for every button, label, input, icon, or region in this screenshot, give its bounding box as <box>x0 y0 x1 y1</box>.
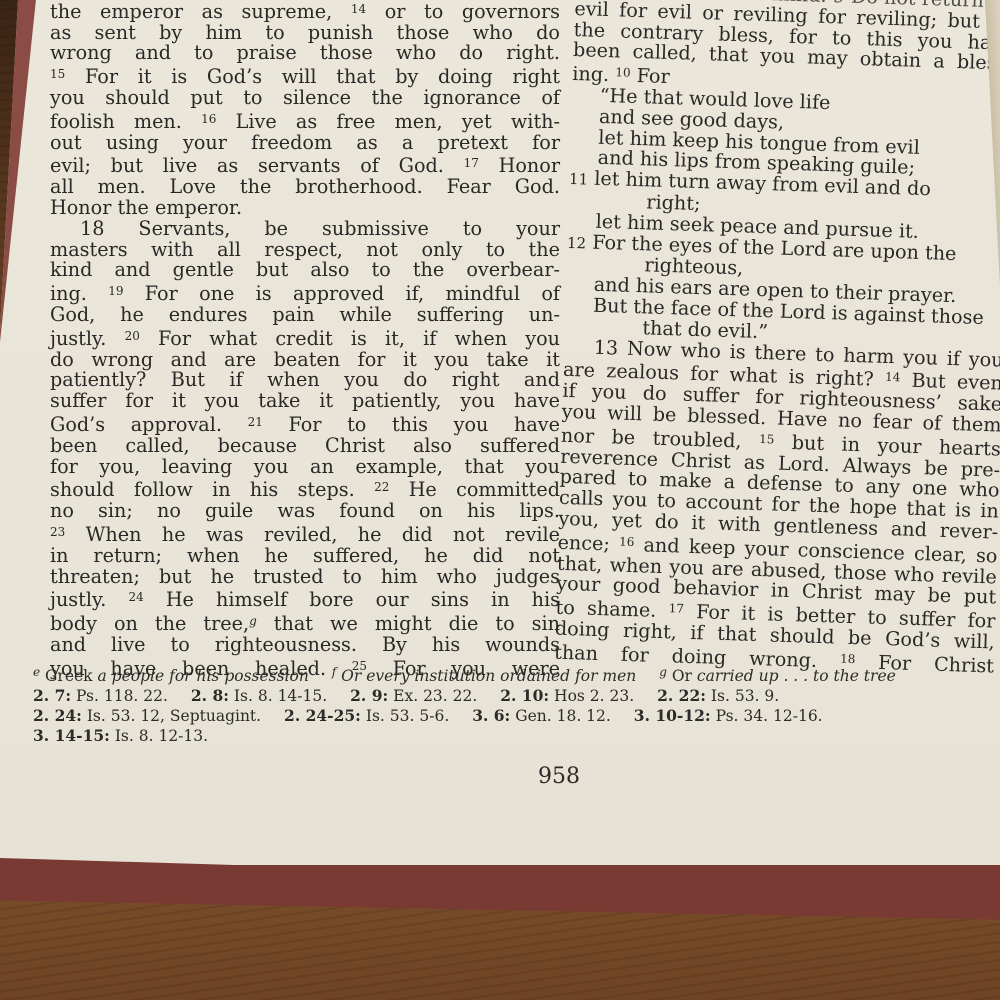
verse-number: 11 <box>569 170 589 189</box>
text-line: 23 When he was reviled, he did not revil… <box>50 522 560 546</box>
verse-number: 15 <box>50 67 65 81</box>
verse-number: 24 <box>128 590 143 604</box>
verse-number: 16 <box>619 534 635 548</box>
text-line: justly. 20 For what credit is it, if whe… <box>50 326 560 350</box>
text-line: should follow in his steps. 22 He commit… <box>50 477 560 501</box>
text-line: God’s approval. 21 For to this you have <box>50 412 560 436</box>
text-line: kind and gentle but also to the overbear… <box>50 260 560 281</box>
right-text-column: heart and a humble mind. 9 Do not return… <box>554 0 1000 677</box>
text-line: evil; but live as servants of God. 17 Ho… <box>50 153 560 177</box>
cross-reference-row: 2. 24: Is. 53. 12, Septuagint. 2. 24-25:… <box>33 706 1000 726</box>
verse-number: 13 <box>593 335 618 359</box>
footnotes-section: e Greek a people for his possession f Or… <box>33 663 1000 746</box>
text-line: God, he endures pain while suffering un- <box>50 305 560 326</box>
textual-notes: e Greek a people for his possession f Or… <box>33 663 1000 686</box>
verse-number: 19 <box>108 284 123 298</box>
text-line: ing. 19 For one is approved if, mindful … <box>50 281 560 305</box>
text-line: body on the tree,g that we might die to … <box>50 611 560 635</box>
text-line: all men. Love the brotherhood. Fear God. <box>50 177 560 198</box>
text-line: 18 Servants, be submissive to your <box>50 219 560 240</box>
verse-number: 23 <box>50 525 65 539</box>
page-number: 958 <box>538 764 580 789</box>
verse-number: 21 <box>248 415 263 429</box>
verse-number: 18 <box>80 217 104 240</box>
text-line: no sin; no guile was found on his lips. <box>50 501 560 522</box>
text-line: foolish men. 16 Live as free men, yet wi… <box>50 109 560 133</box>
book-page: every human institution, whether it be t… <box>0 0 1000 865</box>
verse-number: 12 <box>567 233 587 252</box>
left-text-column: every human institution, whether it be t… <box>50 0 560 680</box>
text-line: you should put to silence the ignorance … <box>50 88 560 109</box>
text-line: been called, because Christ also suffere… <box>50 436 560 457</box>
verse-number: 22 <box>374 480 389 494</box>
cross-reference-row: 2. 7: Ps. 118. 22. 2. 8: Is. 8. 14-15. 2… <box>33 686 1000 706</box>
verse-number: 15 <box>759 432 775 446</box>
text-line: for you, leaving you an example, that yo… <box>50 457 560 478</box>
verse-number: 17 <box>668 601 684 615</box>
verse-number: 17 <box>464 156 479 170</box>
text-line: threaten; but he trusted to him who judg… <box>50 567 560 588</box>
text-line: wrong and to praise those who do right. <box>50 43 560 64</box>
text-line: and live to righteousness. By his wounds <box>50 635 560 656</box>
verse-number: 14 <box>351 2 366 16</box>
text-line: as sent by him to punish those who do <box>50 23 560 44</box>
cross-reference-row: 3. 14-15: Is. 8. 12-13. <box>33 726 1000 746</box>
text-line: out using your freedom as a pretext for <box>50 133 560 154</box>
verse-number: 14 <box>885 370 901 384</box>
text-line: in return; when he suffered, he did not <box>50 546 560 567</box>
text-line: justly. 24 He himself bore our sins in h… <box>50 587 560 611</box>
text-line: masters with all respect, not only to th… <box>50 240 560 261</box>
text-line: 15 For it is God’s will that by doing ri… <box>50 64 560 88</box>
text-line: the emperor as supreme, 14 or to governo… <box>50 0 560 23</box>
verse-number: 16 <box>201 112 216 126</box>
text-line: Honor the emperor. <box>50 198 560 219</box>
verse-number: 10 <box>615 66 631 80</box>
text-line: patiently? But if when you do right and <box>50 370 560 391</box>
verse-number: 20 <box>125 329 140 343</box>
footnote-marker: g <box>249 614 257 628</box>
text-line: do wrong and are beaten for it you take … <box>50 350 560 371</box>
text-line: suffer for it you take it patiently, you… <box>50 391 560 412</box>
